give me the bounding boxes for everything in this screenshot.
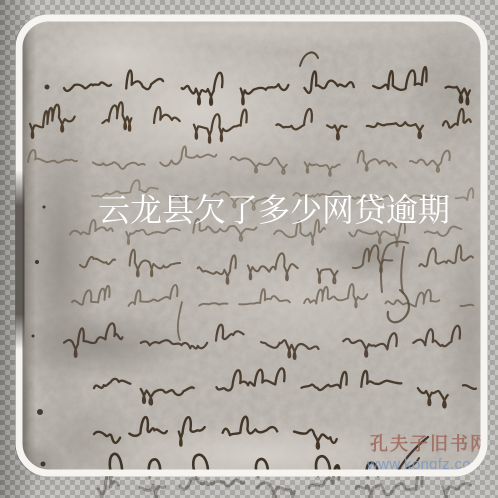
- old-manuscript-photo: 云龙县欠了多少网贷逾期 孔夫子旧书网 www.kongfz.com: [0, 0, 498, 498]
- outside-crop-dim: [0, 0, 498, 498]
- left-border-dark-strip: [16, 170, 25, 350]
- transparency-checkerboard: [0, 0, 498, 498]
- crop-frame-overlay: [0, 0, 498, 498]
- rounded-white-frame: [19, 18, 484, 473]
